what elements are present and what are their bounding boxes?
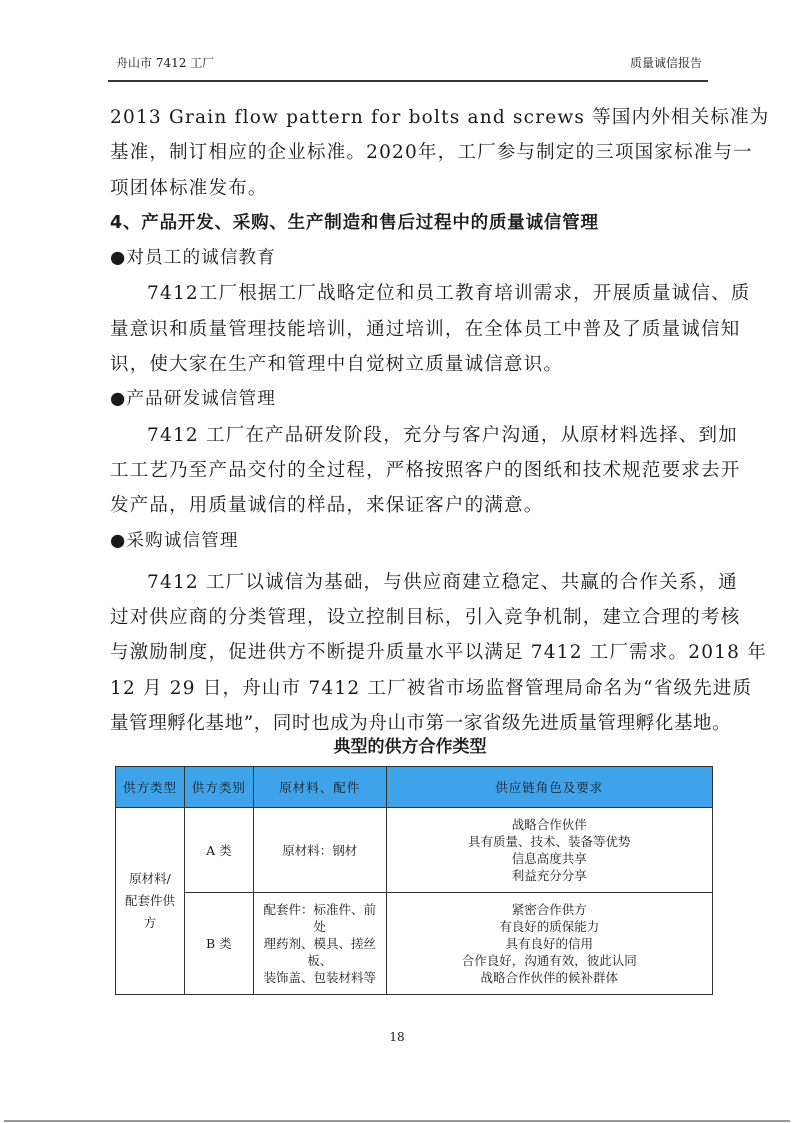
body-line: 发产品，用质量诚信的样品，来保证客户的满意。	[110, 488, 710, 523]
materials-text: 装饰盖、包装材料等	[258, 969, 382, 986]
requirement-item: 合作良好，沟通有效，彼此认同	[391, 952, 708, 969]
materials-cell: 原材料：钢材	[253, 808, 386, 893]
header-report-title: 质量诚信报告	[630, 54, 702, 71]
materials-text: 原材料：钢材	[258, 842, 382, 859]
bullet-heading-employee-education: ●对员工的诚信教育	[110, 241, 710, 276]
category-cell: A 类	[184, 808, 253, 893]
table-caption: 典型的供方合作类型	[110, 732, 710, 757]
requirement-item: 具有质量、技术、装备等优势	[391, 833, 708, 850]
category-cell: B 类	[184, 893, 253, 995]
requirement-item: 战略合作伙伴的候补群体	[391, 969, 708, 986]
materials-text: 理药剂、模具、搓丝板、	[258, 935, 382, 969]
table-row: 原材料/ 配套件供 方 A 类 原材料：钢材 战略合作伙伴 具有质量、技术、装备…	[116, 808, 713, 893]
bullet-heading-rd-integrity: ●产品研发诚信管理	[110, 382, 710, 417]
body-line: 7412 工厂以诚信为基础，与供应商建立稳定、共赢的合作关系，通	[110, 565, 710, 600]
requirement-item: 利益充分分享	[391, 867, 708, 884]
requirement-item: 战略合作伙伴	[391, 816, 708, 833]
supplier-type-text: 配套件供	[120, 890, 180, 912]
requirement-item: 紧密合作供方	[391, 901, 708, 918]
column-header-supplier-type: 供方类型	[116, 767, 185, 808]
supplier-type-cell: 原材料/ 配套件供 方	[116, 808, 185, 995]
supplier-cooperation-table: 供方类型 供方类别 原材料、配件 供应链角色及要求 原材料/ 配套件供 方 A …	[115, 766, 713, 995]
materials-cell: 配套件：标准件、前处 理药剂、模具、搓丝板、 装饰盖、包装材料等	[253, 893, 386, 995]
body-line: 量意识和质量管理技能培训，通过培训，在全体员工中普及了质量诚信知	[110, 312, 710, 347]
page-edge-rule	[4, 1120, 790, 1122]
body-line: 过对供应商的分类管理，设立控制目标，引入竞争机制，建立合理的考核	[110, 600, 710, 635]
requirement-item: 具有良好的信用	[391, 935, 708, 952]
page-header: 舟山市 7412 工厂 质量诚信报告	[108, 52, 708, 74]
header-org-name: 舟山市 7412 工厂	[116, 54, 214, 71]
supplier-type-text: 方	[120, 912, 180, 934]
body-line: 项团体标准发布。	[110, 171, 710, 206]
body-line: 工工艺乃至产品交付的全过程，严格按照客户的图纸和技术规范要求去开	[110, 453, 710, 488]
body-line: 与激励制度，促进供方不断提升质量水平以满足 7412 工厂需求。2018 年	[110, 635, 710, 670]
supplier-type-text: 原材料/	[120, 868, 180, 890]
column-header-supplier-category: 供方类别	[184, 767, 253, 808]
body-line: 12 月 29 日，舟山市 7412 工厂被省市场监督管理局命名为“省级先进质	[110, 671, 710, 706]
requirement-item: 信息高度共享	[391, 850, 708, 867]
table-row: B 类 配套件：标准件、前处 理药剂、模具、搓丝板、 装饰盖、包装材料等 紧密合…	[116, 893, 713, 995]
table-header-row: 供方类型 供方类别 原材料、配件 供应链角色及要求	[116, 767, 713, 808]
requirements-cell: 紧密合作供方 有良好的质保能力 具有良好的信用 合作良好，沟通有效，彼此认同 战…	[386, 893, 712, 995]
body-line: 基准，制订相应的企业标准。2020年，工厂参与制定的三项国家标准与一	[110, 135, 710, 170]
section-heading: 4、产品开发、采购、生产制造和售后过程中的质量诚信管理	[110, 206, 710, 241]
requirements-cell: 战略合作伙伴 具有质量、技术、装备等优势 信息高度共享 利益充分分享	[386, 808, 712, 893]
body-line: 7412工厂根据工厂战略定位和员工教育培训需求，开展质量诚信、质	[110, 276, 710, 311]
column-header-materials: 原材料、配件	[253, 767, 386, 808]
requirement-item: 有良好的质保能力	[391, 918, 708, 935]
body-line: 识，使大家在生产和管理中自觉树立质量诚信意识。	[110, 347, 710, 382]
body-line: 2013 Grain flow pattern for bolts and sc…	[110, 100, 710, 135]
column-header-requirements: 供应链角色及要求	[386, 767, 712, 808]
body-line: 7412 工厂在产品研发阶段，充分与客户沟通，从原材料选择、到加	[110, 418, 710, 453]
page-number: 18	[0, 1030, 794, 1044]
body-content: 2013 Grain flow pattern for bolts and sc…	[110, 100, 710, 741]
bullet-heading-procurement-integrity: ●采购诚信管理	[110, 524, 710, 559]
materials-text: 配套件：标准件、前处	[258, 901, 382, 935]
header-rule	[108, 80, 708, 82]
